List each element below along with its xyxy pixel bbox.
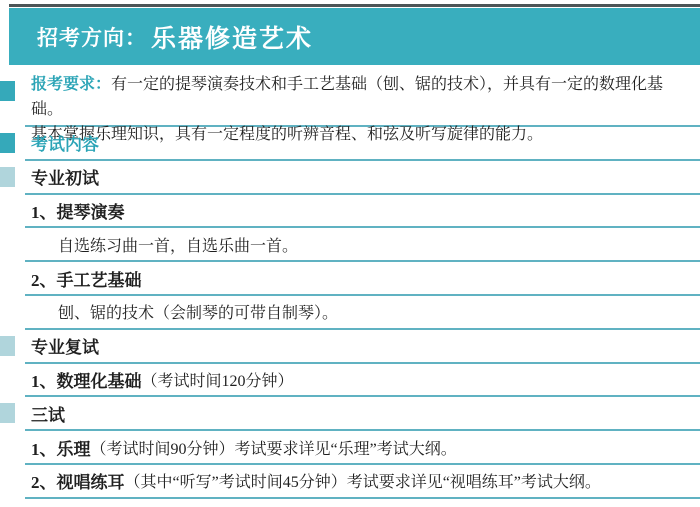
- row-text: 刨、锯的技术（会制琴的可带自制琴）。: [58, 300, 338, 323]
- requirements-label: 报考要求：: [31, 76, 111, 93]
- requirements-line1: 有一定的提琴演奏技术和手工艺基础（刨、锯的技术），并具有一定的数理化基础。: [31, 76, 663, 118]
- admissions-document-page: 招考方向：乐器修造艺术 报考要求：有一定的提琴演奏技术和手工艺基础（刨、锯的技术…: [0, 0, 700, 507]
- row-label: 1、提琴演奏: [31, 198, 125, 223]
- row-preliminary-exam: 专业初试: [25, 161, 700, 195]
- row-text: （考试时间120分钟）: [142, 368, 294, 391]
- requirements-section: 报考要求：有一定的提琴演奏技术和手工艺基础（刨、锯的技术），并具有一定的数理化基…: [25, 65, 700, 127]
- page-title: 乐器修造艺术: [151, 19, 313, 55]
- section-marker: [0, 133, 15, 153]
- row-second-exam: 专业复试: [25, 330, 700, 364]
- section-marker: [0, 336, 15, 356]
- row-handicraft-basics: 2、手工艺基础: [25, 262, 700, 296]
- row-label: 专业复试: [31, 333, 99, 358]
- section-marker: [0, 167, 15, 187]
- row-music-theory: 1、乐理（考试时间90分钟）考试要求详见“乐理”考试大纲。: [25, 431, 700, 465]
- row-violin-performance: 1、提琴演奏: [25, 195, 700, 229]
- section-marker: [0, 403, 15, 423]
- section-marker: [0, 81, 15, 101]
- row-math-science-basics: 1、数理化基础（考试时间120分钟）: [25, 364, 700, 398]
- row-text: （考试时间90分钟）考试要求详见“乐理”考试大纲。: [91, 436, 457, 459]
- row-label: 2、手工艺基础: [31, 266, 142, 291]
- row-text: （其中“听写”考试时间45分钟）考试要求详见“视唱练耳”考试大纲。: [125, 469, 601, 492]
- row-label: 2、视唱练耳: [31, 468, 125, 493]
- row-third-exam: 三试: [25, 397, 700, 431]
- row-text: 自选练习曲一首，自选乐曲一首。: [58, 233, 298, 256]
- top-divider: [9, 4, 700, 7]
- row-exam-content: 考试内容: [25, 127, 700, 161]
- header-banner: 招考方向：乐器修造艺术: [9, 8, 700, 65]
- row-violin-performance-detail: 自选练习曲一首，自选乐曲一首。: [25, 228, 700, 262]
- row-ear-training: 2、视唱练耳（其中“听写”考试时间45分钟）考试要求详见“视唱练耳”考试大纲。: [25, 465, 700, 499]
- row-label: 考试内容: [31, 130, 99, 155]
- row-label: 专业初试: [31, 164, 99, 189]
- row-handicraft-detail: 刨、锯的技术（会制琴的可带自制琴）。: [25, 296, 700, 330]
- header-direction-label: 招考方向：: [37, 22, 147, 52]
- document-body: 报考要求：有一定的提琴演奏技术和手工艺基础（刨、锯的技术），并具有一定的数理化基…: [25, 65, 700, 499]
- row-label: 1、数理化基础: [31, 367, 142, 392]
- row-label: 1、乐理: [31, 435, 91, 460]
- row-label: 三试: [31, 401, 65, 426]
